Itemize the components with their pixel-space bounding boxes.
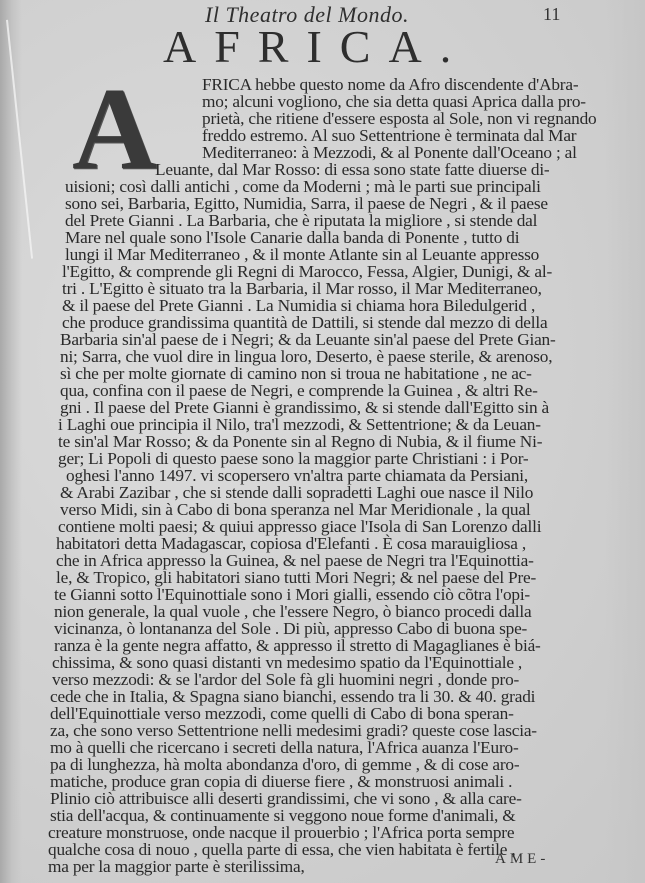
text-line: ranza è la gente negra affatto, & appres… — [54, 637, 541, 654]
text-line: sì che per molte giornate di camino non … — [60, 365, 532, 382]
text-line: qua, confina con il paese de Negri, e co… — [60, 382, 538, 399]
text-line: habitatori detta Madagascar, copiosa d'E… — [56, 535, 526, 552]
text-line: l'Egitto, & comprende gli Regni di Maroc… — [62, 263, 552, 280]
page-title: AFRICA. — [163, 24, 469, 70]
book-page: Il Theatro del Mondo. 11 AFRICA. A FRICA… — [0, 0, 645, 883]
text-line: vicinanza, ò lontananza del Sole . Di pi… — [54, 620, 527, 637]
page-number: 11 — [543, 4, 560, 25]
text-line: sono sei, Barbaria, Egitto, Numidia, Sar… — [65, 195, 548, 212]
text-line: ma per la maggior parte è sterilissima, — [48, 858, 305, 875]
text-line: stia dell'acqua, & continuamente si vegg… — [50, 807, 516, 824]
text-line: chissima, & sono quasi distanti vn medes… — [52, 654, 522, 671]
text-line: oghesi l'anno 1497. vi scopersero vn'alt… — [66, 467, 528, 484]
text-line: prietà, che ritiene d'essere esposta al … — [202, 110, 596, 127]
text-line: verso mezzodi: & se l'ardor del Sole fà … — [52, 671, 519, 688]
text-line: Leuante, dal Mar Rosso: di essa sono sta… — [155, 161, 549, 178]
text-line: pa di lunghezza, hà molta abondanza d'or… — [50, 756, 519, 773]
text-line: te Gianni sotto l'Equinottiale sono i Mo… — [54, 586, 530, 603]
text-line: freddo estremo. Al suo Settentrione è te… — [202, 127, 576, 144]
text-line: le, & Tropico, gli habitatori siano tutt… — [56, 569, 536, 586]
text-line: te sin'al Mar Rosso; & da Ponente sin al… — [58, 433, 542, 450]
text-line: za, che sono verso Settentrione nelli me… — [50, 722, 537, 739]
text-line: mo; alcuni vogliono, che sia detta quasi… — [202, 93, 586, 110]
text-line: FRICA hebbe questo nome da Afro discende… — [202, 76, 578, 93]
text-line: matiche, produce gran copia di diuerse f… — [50, 773, 512, 790]
text-line: nion generale, la qual vuole , che l'ess… — [54, 603, 531, 620]
text-line: cede che in Italia, & Spagna siano bianc… — [50, 688, 535, 705]
text-line: contiene molti paesi; & quiui appresso g… — [58, 518, 541, 535]
text-line: & Arabi Zazibar , che si stende dalli so… — [60, 484, 533, 501]
text-line: dell'Equinottiale verso mezzodi, come qu… — [50, 705, 514, 722]
text-line: Mare nel quale sono l'Isole Canarie dall… — [65, 229, 519, 246]
text-line: gni . Il paese del Prete Gianni è grandi… — [60, 399, 549, 416]
text-line: Plinio ciò attribuisce alli deserti gran… — [50, 790, 522, 807]
text-line: verso Midi, sin à Cabo di bona speranza … — [60, 501, 530, 518]
text-line: del Prete Gianni . La Barbaria, che è ri… — [65, 212, 537, 229]
text-line: tri . L'Egitto è situato tra la Barbaria… — [62, 280, 542, 297]
text-line: Barbaria sin'al paese de i Negri; & da L… — [60, 331, 556, 348]
text-line: qualche cosa di nouo , quella parte di e… — [48, 841, 515, 858]
text-line: mo à quelli che ricercano i secreti dell… — [50, 739, 519, 756]
page-edge-shadow — [605, 0, 645, 883]
text-line: ni; Sarra, che vuol dire in lingua loro,… — [60, 348, 552, 365]
text-line: creature monstruose, onde nacque il prou… — [48, 824, 514, 841]
text-line: che in Africa appresso la Guinea, & nel … — [56, 552, 534, 569]
text-line: ger; Li Popoli di questo paese sono la m… — [58, 450, 529, 467]
text-line: uisioni; così dalli antichi , come da Mo… — [65, 178, 541, 195]
catchword: AME- — [495, 851, 549, 868]
drop-cap-initial: A — [72, 70, 157, 188]
text-line: Mediterraneo: à Mezzodi, & al Ponente da… — [202, 144, 577, 161]
text-line: lungi il Mar Mediterraneo , & il monte A… — [65, 246, 539, 263]
text-line: i Laghi oue principia il Nilo, tra'l mez… — [58, 416, 541, 433]
text-line: che produce grandissima quantità de Datt… — [62, 314, 547, 331]
text-line: & il paese del Prete Gianni . La Numidia… — [62, 297, 535, 314]
